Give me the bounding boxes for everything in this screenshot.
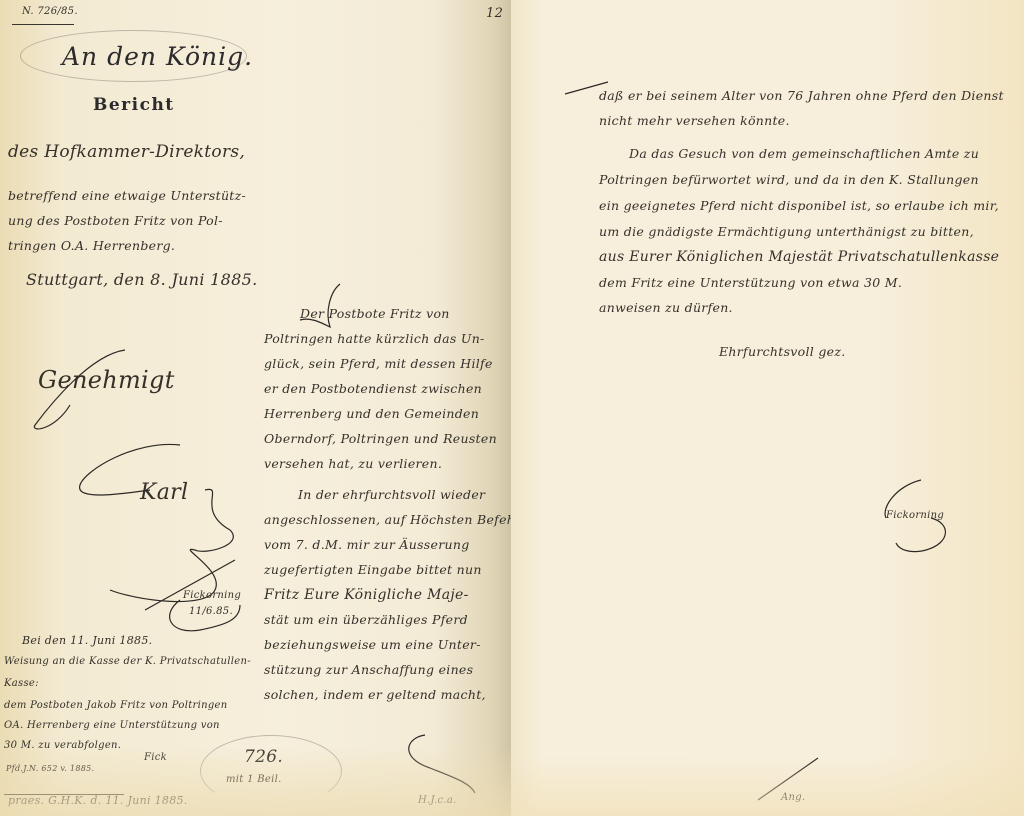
enclosure-note: mit 1 Beil. [226,774,282,785]
addressee-heading: An den König. [62,42,253,71]
body-line-5: ein geeignetes Pferd nicht disponibel is… [599,198,999,213]
file-number-underline [12,24,74,25]
footer-note: praes. G.H.K. d. 11. Juni 1885. [8,794,188,807]
right-page: 12 daß er bei seinem Alter von 76 Jahren… [511,0,1024,816]
body-line-15: stützung zur Anschaffung eines [264,662,473,677]
body-line-14: beziehungsweise um eine Unter- [264,637,481,652]
body-line-12: Fritz Eure Königliche Maje- [264,587,469,603]
entry-number-arc [200,735,342,807]
margin-note-line-6: 30 M. zu verabfolgen. [4,740,121,751]
body-line-1: daß er bei seinem Alter von 76 Jahren oh… [599,88,1004,103]
bottom-initials: H.J.c.a. [418,795,457,806]
body-line-10: vom 7. d.M. mir zur Äusserung [264,537,470,552]
file-number: N. 726/85. [22,6,78,17]
body-line-4: Poltringen befürwortet wird, und da in d… [599,172,979,187]
signature: Fickorning [886,510,944,521]
body-line-3: Da das Gesuch von dem gemeinschaftlichen… [629,146,979,161]
body-line-2: nicht mehr versehen könnte. [599,113,790,128]
folio-mark: 12 [486,6,503,21]
body-line-5: Herrenberg und den Gemeinden [264,406,479,421]
margin-note-line-2: Weisung an die Kasse der K. Privatschatu… [4,656,251,667]
body-line-9: anweisen zu dürfen. [599,300,733,315]
report-author: des Hofkammer-Direktors, [8,142,245,162]
footer-rule [4,794,124,795]
margin-note-line-3: Kasse: [4,678,39,689]
subject-line-2: ung des Postboten Fritz von Pol- [8,213,223,228]
margin-note-line-5: OA. Herrenberg eine Unterstützung von [4,720,220,731]
subject-line-1: betreffend eine etwaige Unterstütz- [8,188,246,203]
margin-initials: Fick [144,752,167,763]
body-line-11: zugefertigten Eingabe bittet nun [264,562,482,577]
countersign-stroke-icon [140,560,250,640]
approval-flourish-icon [30,345,190,435]
bottom-flourish-icon [405,733,485,793]
body-line-6: Oberndorf, Poltringen und Reusten [264,431,497,446]
report-title: Bericht [93,95,175,115]
body-line-16: solchen, indem er geltend macht, [264,687,486,702]
margin-note-line-4: dem Postboten Jakob Fritz von Poltringen [4,700,228,711]
body-line-4: er den Postbotendienst zwischen [264,381,482,396]
body-line-2: Poltringen hatte kürzlich das Un- [264,331,485,346]
registry-note: Pfd.J.N. 652 v. 1885. [6,764,94,773]
body-line-9: angeschlossenen, auf Höchsten Befehl [264,512,519,527]
body-line-8: dem Fritz eine Unterstützung von etwa 30… [599,275,902,290]
closing-formula: Ehrfurchtsvoll gez. [719,344,846,359]
entry-number: 726. [244,747,283,767]
corner-stroke-icon [756,755,826,805]
place-date: Stuttgart, den 8. Juni 1885. [26,270,257,289]
initial-capital-flourish-icon [310,282,370,332]
body-line-7: aus Eurer Königlichen Majestät Privatsch… [599,249,999,265]
left-page: N. 726/85. An den König. Bericht des Hof… [0,0,511,816]
subject-line-3: tringen O.A. Herrenberg. [8,238,175,253]
body-line-13: stät um ein überzähliges Pferd [264,612,468,627]
corner-initials: Ang. [781,792,805,803]
body-line-8: In der ehrfurchtsvoll wieder [298,487,485,502]
body-line-6: um die gnädigste Ermächtigung unterthäni… [599,224,974,239]
body-line-7: versehen hat, zu verlieren. [264,456,442,471]
margin-note-line-1: Bei den 11. Juni 1885. [22,634,152,647]
body-line-3: glück, sein Pferd, mit dessen Hilfe [264,356,493,371]
